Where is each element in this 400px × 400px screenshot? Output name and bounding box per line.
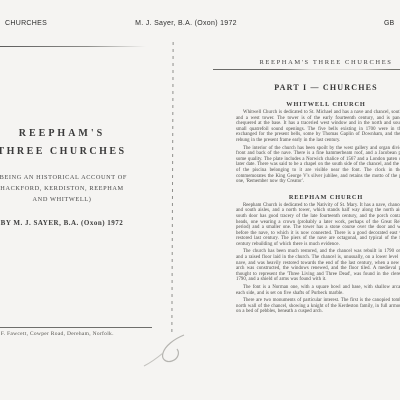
subtitle-line-3: AND WHITWELL) [0, 194, 162, 205]
section-heading-reepham: REEPHAM CHURCH [236, 194, 400, 201]
imprint-rule [0, 327, 152, 328]
top-horizontal-rule [0, 46, 146, 47]
pen-squiggle-mark [138, 332, 200, 374]
reepham-paragraph-2: The church has been much restored, and t… [236, 249, 400, 283]
reepham-paragraph-1: Reepham Church is dedicated to the Nativ… [236, 203, 400, 248]
section-heading-whitwell: WHITWELL CHURCH [236, 101, 400, 108]
title-page: REEPHAM'S THREE CHURCHES (BEING AN HISTO… [0, 128, 162, 227]
author-byline: BY M. J. SAYER, B.A. (Oxon) 1972 [0, 219, 162, 227]
whitwell-paragraph-2: The interior of the church has been spoi… [236, 146, 400, 185]
scanned-page-spread: CHURCHES M. J. Sayer, B.A. (Oxon) 1972 G… [0, 0, 400, 400]
film-header-left-text: CHURCHES [5, 20, 47, 27]
reepham-paragraph-3: The font is a Norman one, with a square … [236, 285, 400, 296]
printer-imprint: by E. F. Fawcett, Cowper Road, Dereham, … [0, 331, 114, 337]
running-header-rule [213, 69, 400, 70]
text-page: REEPHAM'S THREE CHURCHES PART I — CHURCH… [236, 59, 400, 315]
book-subtitle: (BEING AN HISTORICAL ACCOUNT OF HACKFORD… [0, 172, 162, 205]
subtitle-line-1: (BEING AN HISTORICAL ACCOUNT OF [0, 172, 162, 183]
whitwell-paragraph-1: Whitwell Church is dedicated to St. Mich… [236, 110, 400, 144]
torn-page-edge-line [171, 42, 173, 334]
part-heading: PART I — CHURCHES [236, 83, 400, 92]
reepham-paragraph-4: There are two monuments of particular in… [236, 298, 400, 315]
book-title-line2: THREE CHURCHES [0, 146, 162, 157]
film-header-right-text: GB [384, 20, 394, 27]
book-title-line1: REEPHAM'S [0, 128, 162, 139]
subtitle-line-2: HACKFORD, KERDISTON, REEPHAM [0, 183, 162, 194]
film-header-center-text: M. J. Sayer, B.A. (Oxon) 1972 [60, 20, 312, 27]
film-header-strip: CHURCHES M. J. Sayer, B.A. (Oxon) 1972 G… [0, 20, 400, 30]
running-header: REEPHAM'S THREE CHURCHES [236, 59, 400, 66]
